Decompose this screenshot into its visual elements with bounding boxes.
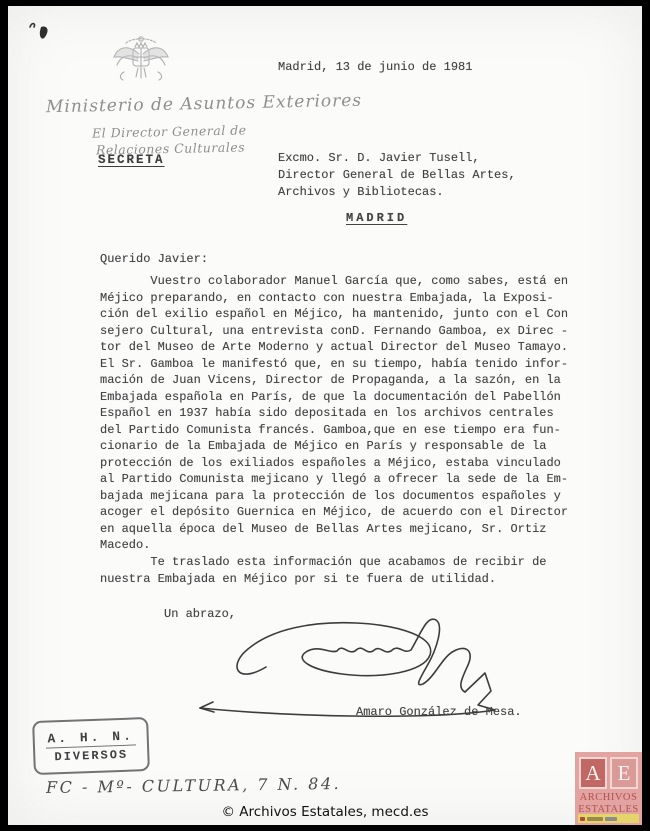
- date-line: Madrid, 13 de junio de 1981: [278, 59, 472, 76]
- ahn-stamp-line1: A. H. N.: [45, 728, 136, 748]
- classification-label: SECRETA: [98, 152, 165, 169]
- coat-of-arms-icon: [110, 30, 172, 88]
- ahn-stamp: A. H. N. DIVERSOS: [32, 717, 150, 775]
- footer-caption: © Archivos Estatales, mecd.es: [0, 804, 650, 820]
- ae-logo-letter-e: E: [610, 757, 638, 789]
- body-paragraph-1: Vuestro colaborador Manuel García que, c…: [100, 273, 578, 554]
- ae-logo-letter-a: A: [579, 757, 607, 789]
- body-paragraph-2: Te traslado esta información que acabamo…: [100, 554, 578, 587]
- ahn-stamp-line2: DIVERSOS: [54, 747, 128, 764]
- recipient-city: MADRID: [346, 210, 407, 227]
- recipient-line-2: Director General de Bellas Artes,: [278, 167, 516, 184]
- signature-typed-name: Amaro González de Mesa.: [356, 704, 522, 721]
- ae-logo-text-line1: ARCHIVOS: [575, 792, 642, 803]
- recipient-line-1: Excmo. Sr. D. Javier Tusell,: [278, 150, 480, 167]
- scanned-letter-frame: Ministerio de Asuntos Exteriores El Dire…: [0, 0, 650, 831]
- salutation: Querido Javier:: [100, 251, 208, 268]
- recipient-line-3: Archivos y Bibliotecas.: [278, 184, 444, 201]
- pen-mark-icon: [24, 18, 58, 46]
